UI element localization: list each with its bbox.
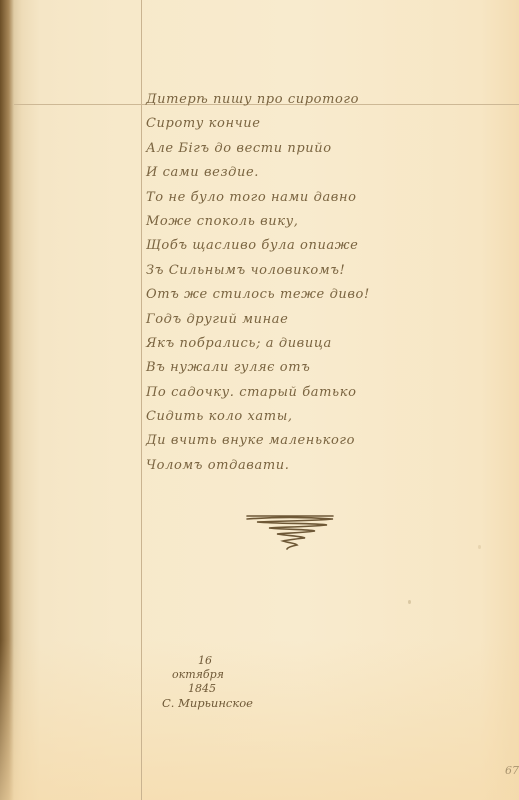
poem-line: Може споколь вику, [146,210,506,234]
signature-block: 16 октября 1845 С. Мирьинское [162,654,302,710]
poem-line: Сироту кончие [146,112,506,136]
poem-line: Годъ другий минае [146,308,506,332]
poem-line: Зъ Сильнымъ чоловикомъ! [146,259,506,283]
poem-line: Чоломъ отдавати. [146,454,506,478]
poem-line: Щобъ щасливо була опиаже [146,234,506,258]
end-flourish-icon [245,512,337,554]
paper-speck [478,545,481,549]
poem-line: Дитерѣ пишу про сиротого [146,88,506,112]
poem-line: Ди вчить внуке маленького [146,429,506,453]
poem-line: Але Бiгъ до вести прийо [146,137,506,161]
paper-speck [408,600,411,604]
poem-line: Въ нужали гуляє отъ [146,356,506,380]
signature-place: С. Мирьинское [162,696,302,710]
poem-line: Якъ побрались; а дивица [146,332,506,356]
poem-line: Отъ же стилось теже диво! [146,283,506,307]
poem-text: Дитерѣ пишу про сиротого Сироту кончие А… [146,88,506,478]
page-number: 67 [505,764,519,777]
poem-line: По садочку. старый батько [146,381,506,405]
poem-line: Сидить коло хаты, [146,405,506,429]
signature-month: октября [162,668,302,682]
poem-line: То не було того нами давно [146,186,506,210]
manuscript-page: Дитерѣ пишу про сиротого Сироту кончие А… [0,0,519,800]
signature-day: 16 [162,654,302,668]
margin-rule-vertical [141,0,142,800]
poem-line: И сами вездие. [146,161,506,185]
signature-year: 1845 [162,682,302,696]
